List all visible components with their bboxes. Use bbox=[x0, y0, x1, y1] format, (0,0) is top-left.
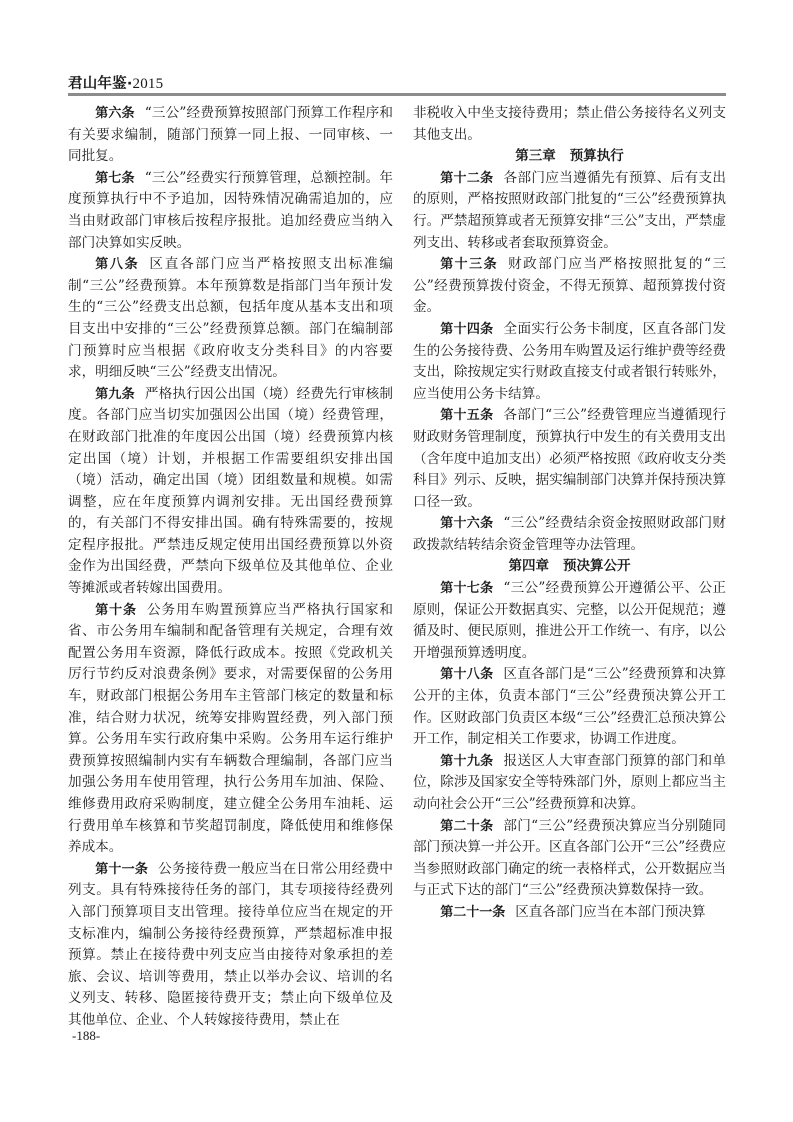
article-number: 第九条 bbox=[95, 387, 135, 402]
running-header: 君山年鉴·2015 bbox=[68, 72, 163, 93]
article-8: 第八条区直各部门应当严格按照支出标准编制“三公”经费预算。本年预算数是指部门当年… bbox=[68, 254, 393, 384]
article-text: 公务用车购置预算应当严格执行国家和省、市公务用车编制和配备管理有关规定，合理有效… bbox=[68, 602, 393, 856]
chapter-4-heading: 第四章预决算公开 bbox=[413, 556, 726, 578]
article-number: 第十一条 bbox=[95, 862, 148, 877]
chapter-3-heading: 第三章预算执行 bbox=[413, 146, 726, 168]
article-7: 第七条“三公”经费实行预算管理，总额控制。年度预算执行中不予追加，因特殊情况确需… bbox=[68, 168, 393, 254]
article-20: 第二十条部门“三公”经费预决算应当分别随同部门预决算一并公开。区直各部门公开“三… bbox=[413, 816, 726, 902]
chapter-title: 预决算公开 bbox=[563, 558, 631, 574]
article-number: 第十三条 bbox=[440, 257, 498, 272]
article-18: 第十八条区直各部门是“三公”经费预算和决算公开的主体，负责本部门“三公”经费预决… bbox=[413, 664, 726, 750]
article-number: 第十二条 bbox=[440, 171, 493, 186]
article-11: 第十一条公务接待费一般应当在日常公用经费中列支。具有特殊接待任务的部门，其专项接… bbox=[68, 859, 393, 1032]
article-number: 第十五条 bbox=[440, 408, 493, 423]
article-number: 第二十条 bbox=[440, 819, 493, 834]
article-text: 区直各部门应当在本部门预决算 bbox=[515, 904, 705, 920]
article-12: 第十二条各部门应当遵循先有预算、后有支出的原则，严格按照财政部门批复的“三公”经… bbox=[413, 168, 726, 254]
article-text: 严格执行因公出国（境）经费先行审核制度。各部门应当切实加强因公出国（境）经费管理… bbox=[68, 386, 393, 596]
article-19: 第十九条报送区人大审查部门预算的部门和单位，除涉及国家安全等特殊部门外，原则上都… bbox=[413, 751, 726, 816]
article-number: 第十四条 bbox=[440, 322, 493, 337]
chapter-number: 第三章 bbox=[515, 148, 556, 164]
header-year: 2015 bbox=[133, 76, 164, 92]
header-rule bbox=[68, 93, 726, 96]
article-number: 第十六条 bbox=[440, 516, 493, 531]
article-17: 第十七条“三公”经费预算公开遵循公平、公正原则，保证公开数据真实、完整，以公开促… bbox=[413, 578, 726, 664]
article-16: 第十六条“三公”经费结余资金按照财政部门财政拨款结转结余资金管理等办法管理。 bbox=[413, 513, 726, 556]
page-number: -188- bbox=[72, 1028, 100, 1044]
left-column: 第六条“三公”经费预算按照部门预算工作程序和有关要求编制，随部门预算一同上报、一… bbox=[68, 103, 393, 1032]
article-number: 第十条 bbox=[95, 603, 137, 618]
article-number: 第八条 bbox=[95, 257, 139, 272]
article-text: 公务接待费一般应当在日常公用经费中列支。具有特殊接待任务的部门，其专项接待经费列… bbox=[68, 861, 393, 1028]
yearbook-title: 君山年鉴 bbox=[68, 76, 127, 92]
article-number: 第十九条 bbox=[440, 754, 493, 769]
article-21: 第二十一条区直各部门应当在本部门预决算 bbox=[413, 902, 726, 924]
article-number: 第十七条 bbox=[440, 581, 493, 596]
article-13: 第十三条财政部门应当严格按照批复的“三公”经费预算拨付资金，不得无预算、超预算拨… bbox=[413, 254, 726, 319]
article-number: 第六条 bbox=[95, 106, 135, 121]
article-text: 区直各部门应当严格按照支出标准编制“三公”经费预算。本年预算数是指部门当年预计发… bbox=[68, 256, 393, 380]
chapter-number: 第四章 bbox=[509, 558, 550, 574]
article-number: 第七条 bbox=[95, 171, 135, 186]
article-11-continuation: 非税收入中坐支接待费用；禁止借公务接待名义列支其他支出。 bbox=[413, 103, 726, 146]
right-column: 非税收入中坐支接待费用；禁止借公务接待名义列支其他支出。 第三章预算执行 第十二… bbox=[413, 103, 726, 924]
article-9: 第九条严格执行因公出国（境）经费先行审核制度。各部门应当切实加强因公出国（境）经… bbox=[68, 384, 393, 600]
article-6: 第六条“三公”经费预算按照部门预算工作程序和有关要求编制，随部门预算一同上报、一… bbox=[68, 103, 393, 168]
chapter-title: 预算执行 bbox=[570, 148, 624, 164]
article-14: 第十四条全面实行公务卡制度，区直各部门发生的公务接待费、公务用车购置及运行维护费… bbox=[413, 319, 726, 405]
article-10: 第十条公务用车购置预算应当严格执行国家和省、市公务用车编制和配备管理有关规定，合… bbox=[68, 600, 393, 859]
article-number: 第十八条 bbox=[440, 667, 493, 682]
article-number: 第二十一条 bbox=[440, 905, 505, 920]
article-15: 第十五条各部门“三公”经费管理应当遵循现行财政财务管理制度，预算执行中发生的有关… bbox=[413, 405, 726, 513]
